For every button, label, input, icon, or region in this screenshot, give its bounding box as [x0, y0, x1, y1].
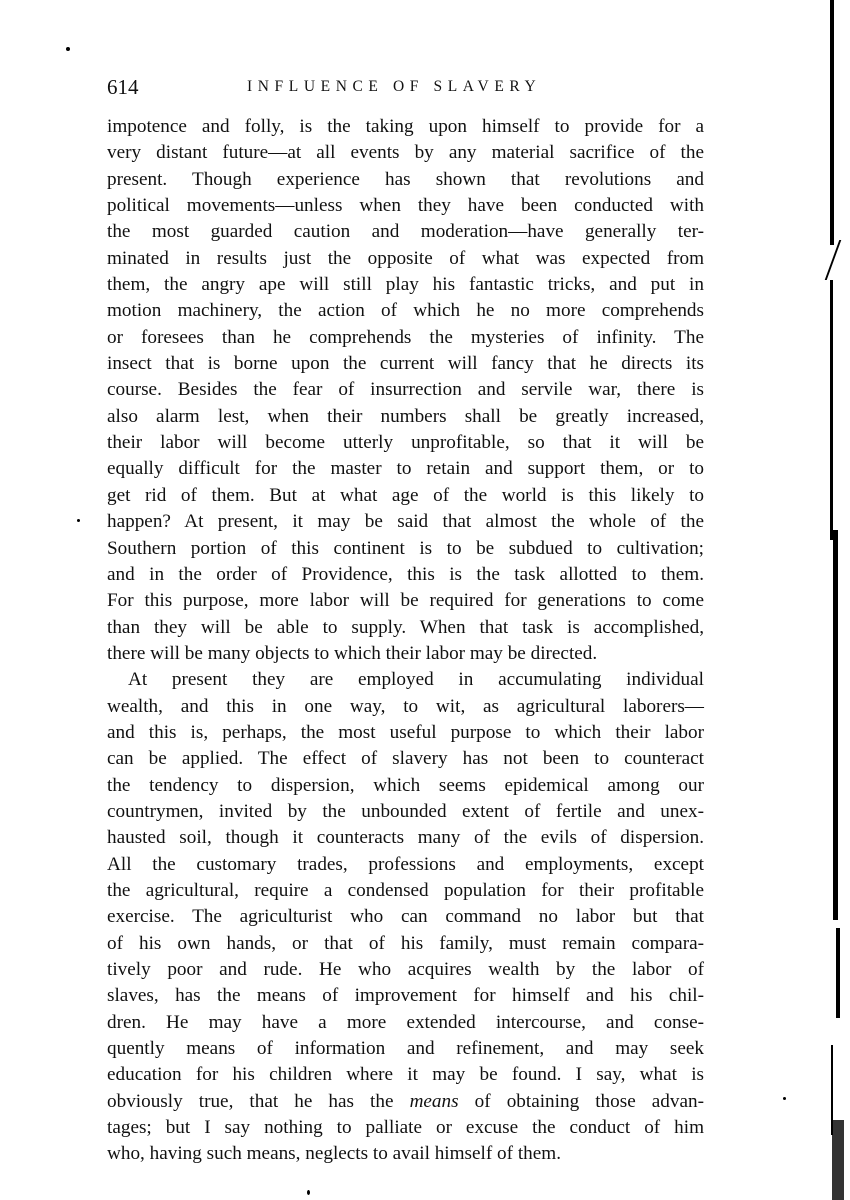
text-line: For this purpose, more labor will be req…: [107, 588, 704, 614]
edge-bar: [830, 0, 834, 245]
edge-bar: [836, 928, 840, 1018]
scan-speck: [783, 1097, 786, 1100]
book-page: 614 INFLUENCE OF SLAVERY impotence and f…: [0, 0, 850, 1200]
text-line: impotence and folly, is the taking upon …: [107, 114, 704, 140]
text-line: minated in results just the opposite of …: [107, 246, 704, 272]
body-text: impotence and folly, is the taking upon …: [107, 114, 704, 1168]
text-line: very distant future—at all events by any…: [107, 140, 704, 166]
text-line: equally difficult for the master to reta…: [107, 456, 704, 482]
edge-bar: [832, 1120, 844, 1200]
text-line: hausted soil, though it counteracts many…: [107, 825, 704, 851]
text-line: can be applied. The effect of slavery ha…: [107, 746, 704, 772]
paragraph-start-line: At present they are employed in accumula…: [107, 667, 704, 693]
paragraph-end-line: there will be many objects to which thei…: [107, 641, 704, 667]
edge-bar: [830, 280, 833, 540]
text-line: wealth, and this in one way, to wit, as …: [107, 694, 704, 720]
text-line: and in the order of Providence, this is …: [107, 562, 704, 588]
running-title: INFLUENCE OF SLAVERY: [247, 76, 541, 98]
text-line: and this is, perhaps, the most useful pu…: [107, 720, 704, 746]
text-line: of his own hands, or that of his family,…: [107, 931, 704, 957]
text-line: quently means of information and refinem…: [107, 1036, 704, 1062]
text-line: them, the angry ape will still play his …: [107, 272, 704, 298]
text-line: dren. He may have a more extended interc…: [107, 1010, 704, 1036]
text-line: course. Besides the fear of insurrection…: [107, 377, 704, 403]
scan-edge: [810, 0, 850, 1200]
edge-bar: [825, 240, 842, 280]
scan-speck: [66, 47, 70, 51]
text-line: also alarm lest, when their numbers shal…: [107, 404, 704, 430]
scan-speck: [77, 519, 80, 522]
text-line: the tendency to dispersion, which seems …: [107, 773, 704, 799]
italic-word-means: means: [410, 1091, 459, 1112]
running-head: 614 INFLUENCE OF SLAVERY: [107, 74, 704, 100]
text-segment: obviously true, that he has the: [107, 1091, 410, 1112]
text-line: than they will be able to supply. When t…: [107, 615, 704, 641]
text-line: their labor will become utterly unprofit…: [107, 430, 704, 456]
edge-bar: [833, 530, 838, 920]
text-line: or foresees than he comprehends the myst…: [107, 325, 704, 351]
text-line: Southern portion of this continent is to…: [107, 536, 704, 562]
text-line: slaves, has the means of improvement for…: [107, 983, 704, 1009]
text-line: insect that is borne upon the current wi…: [107, 351, 704, 377]
scan-speck: [307, 1190, 310, 1195]
text-line: exercise. The agriculturist who can comm…: [107, 904, 704, 930]
text-line: get rid of them. But at what age of the …: [107, 483, 704, 509]
text-line: countrymen, invited by the unbounded ext…: [107, 799, 704, 825]
text-line-with-italic: obviously true, that he has the means of…: [107, 1089, 704, 1115]
text-line: education for his children where it may …: [107, 1062, 704, 1088]
text-line: political movements—unless when they hav…: [107, 193, 704, 219]
paragraph-end-line: who, having such means, neglects to avai…: [107, 1141, 704, 1167]
text-line: tively poor and rude. He who acquires we…: [107, 957, 704, 983]
text-line: motion machinery, the action of which he…: [107, 298, 704, 324]
page-number: 614: [107, 74, 139, 100]
text-line: the most guarded caution and moderation—…: [107, 219, 704, 245]
text-line: happen? At present, it may be said that …: [107, 509, 704, 535]
text-line: All the customary trades, professions an…: [107, 852, 704, 878]
text-line: tages; but I say nothing to palliate or …: [107, 1115, 704, 1141]
text-line: present. Though experience has shown tha…: [107, 167, 704, 193]
text-segment: of obtaining those advan-: [459, 1091, 704, 1112]
text-line: the agricultural, require a condensed po…: [107, 878, 704, 904]
